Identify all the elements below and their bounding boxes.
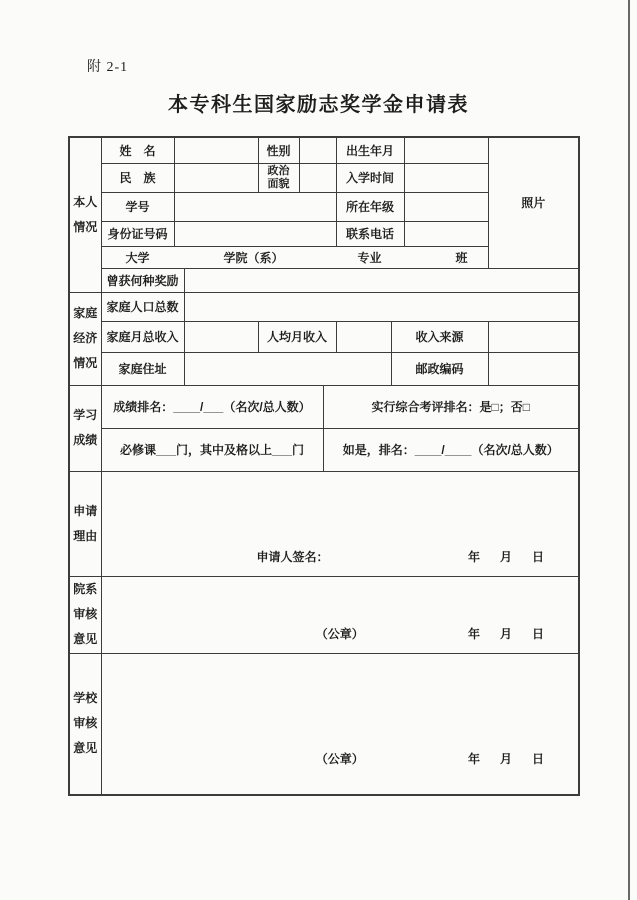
- department-review-cell: （公章） 年 月 日: [101, 576, 579, 653]
- college-label: 学院（系）: [224, 249, 284, 266]
- section-label-personal: 本人 情况: [69, 137, 101, 292]
- enroll-value-cell: [404, 163, 488, 192]
- month-label: 月: [500, 625, 512, 642]
- date-fields: 年 月 日: [468, 750, 544, 767]
- application-reason-cell: 申请人签名： 年 月 日: [101, 471, 579, 576]
- section-label-line: 申请: [70, 499, 101, 524]
- family-population-value-cell: [184, 292, 579, 321]
- political-status-line: 面貌: [259, 178, 299, 191]
- scan-edge-artifact: [628, 0, 630, 900]
- name-label: 姓 名: [101, 137, 174, 163]
- year-label: 年: [468, 750, 480, 767]
- phone-label: 联系电话: [336, 221, 404, 246]
- section-label-academic: 学习 成绩: [69, 385, 101, 471]
- section-label-line: 理由: [70, 524, 101, 549]
- year-label: 年: [468, 548, 480, 565]
- section-label-line: 本人: [70, 190, 101, 215]
- section-label-line: 审核: [70, 602, 101, 627]
- political-status-line: 政治: [259, 165, 299, 178]
- table-row: 曾获何种奖励: [69, 268, 579, 292]
- photo-cell: 照片: [488, 137, 579, 268]
- awards-value-cell: [184, 268, 579, 292]
- section-label-line: 学校: [70, 686, 101, 711]
- student-id-value-cell: [174, 192, 336, 221]
- political-status-label: 政治 面貌: [258, 163, 299, 192]
- family-population-label: 家庭人口总数: [101, 292, 184, 321]
- day-label: 日: [532, 548, 544, 565]
- university-college-major-cell: 大学 学院（系） 专业 班: [101, 246, 488, 268]
- table-row: 家庭住址 邮政编码: [69, 352, 579, 385]
- section-label-line: 学习: [70, 403, 101, 428]
- birth-label: 出生年月: [336, 137, 404, 163]
- section-label-department-review: 院系 审核 意见: [69, 576, 101, 653]
- comprehensive-evaluation-text: 实行综合考评排名：是□；否□: [323, 385, 579, 428]
- day-label: 日: [532, 750, 544, 767]
- section-label-family: 家庭 经济 情况: [69, 292, 101, 385]
- date-fields: 年 月 日: [468, 548, 544, 565]
- gender-label: 性别: [258, 137, 299, 163]
- postal-code-label: 邮政编码: [391, 352, 488, 385]
- application-form-table: 本人 情况 姓 名 性别 出生年月 照片 民 族 政治 面貌 入学时间 学号: [68, 136, 580, 796]
- class-label: 班: [456, 249, 468, 266]
- monthly-income-value-cell: [184, 321, 258, 352]
- monthly-income-label: 家庭月总收入: [101, 321, 184, 352]
- id-number-value-cell: [174, 221, 336, 246]
- table-row: 申请 理由 申请人签名： 年 月 日: [69, 471, 579, 576]
- required-courses-text: 必修课___门，其中及格以上___门: [101, 428, 323, 471]
- ethnicity-value-cell: [174, 163, 258, 192]
- section-label-line: 情况: [70, 215, 101, 240]
- official-seal-label: （公章）: [316, 625, 364, 642]
- form-title: 本专科生国家励志奖学金申请表: [0, 88, 637, 117]
- scanned-form-page: 附 2-1 本专科生国家励志奖学金申请表 本人 情况 姓 名 性别 出生年月 照…: [0, 0, 637, 900]
- table-row: 学习 成绩 成绩排名：____/___（名次/总人数） 实行综合考评排名：是□；…: [69, 385, 579, 428]
- section-label-line: 意见: [70, 736, 101, 761]
- awards-label: 曾获何种奖励: [101, 268, 184, 292]
- phone-value-cell: [404, 221, 488, 246]
- year-label: 年: [468, 625, 480, 642]
- per-capita-income-value-cell: [336, 321, 391, 352]
- postal-code-value-cell: [488, 352, 579, 385]
- gender-value-cell: [299, 137, 336, 163]
- university-label: 大学: [126, 249, 150, 266]
- income-source-label: 收入来源: [391, 321, 488, 352]
- per-capita-income-label: 人均月收入: [258, 321, 336, 352]
- enroll-label: 入学时间: [336, 163, 404, 192]
- official-seal-label: （公章）: [316, 750, 364, 767]
- political-status-value-cell: [299, 163, 336, 192]
- grade-label: 所在年级: [336, 192, 404, 221]
- birth-value-cell: [404, 137, 488, 163]
- table-row: 本人 情况 姓 名 性别 出生年月 照片: [69, 137, 579, 163]
- rank-text: 成绩排名：____/___（名次/总人数）: [101, 385, 323, 428]
- major-label: 专业: [358, 249, 382, 266]
- section-label-school-review: 学校 审核 意见: [69, 653, 101, 795]
- ethnicity-label: 民 族: [101, 163, 174, 192]
- section-label-line: 家庭: [70, 301, 101, 326]
- month-label: 月: [500, 750, 512, 767]
- table-row: 家庭 经济 情况 家庭人口总数: [69, 292, 579, 321]
- section-label-application: 申请 理由: [69, 471, 101, 576]
- section-label-line: 审核: [70, 711, 101, 736]
- attachment-tag: 附 2-1: [87, 56, 128, 76]
- applicant-signature-label: 申请人签名：: [257, 548, 329, 565]
- day-label: 日: [532, 625, 544, 642]
- section-label-line: 成绩: [70, 428, 101, 453]
- home-address-value-cell: [184, 352, 391, 385]
- school-review-cell: （公章） 年 月 日: [101, 653, 579, 795]
- section-label-line: 意见: [70, 627, 101, 652]
- income-source-value-cell: [488, 321, 579, 352]
- section-label-line: 院系: [70, 577, 101, 602]
- home-address-label: 家庭住址: [101, 352, 184, 385]
- name-value-cell: [174, 137, 258, 163]
- month-label: 月: [500, 548, 512, 565]
- table-row: 必修课___门，其中及格以上___门 如是，排名：____/____（名次/总人…: [69, 428, 579, 471]
- table-row: 家庭月总收入 人均月收入 收入来源: [69, 321, 579, 352]
- grade-value-cell: [404, 192, 488, 221]
- table-row: 院系 审核 意见 （公章） 年 月 日: [69, 576, 579, 653]
- student-id-label: 学号: [101, 192, 174, 221]
- if-yes-rank-text: 如是，排名：____/____（名次/总人数）: [323, 428, 579, 471]
- date-fields: 年 月 日: [468, 625, 544, 642]
- section-label-line: 情况: [70, 351, 101, 376]
- table-row: 学校 审核 意见 （公章） 年 月 日: [69, 653, 579, 795]
- section-label-line: 经济: [70, 326, 101, 351]
- id-number-label: 身份证号码: [101, 221, 174, 246]
